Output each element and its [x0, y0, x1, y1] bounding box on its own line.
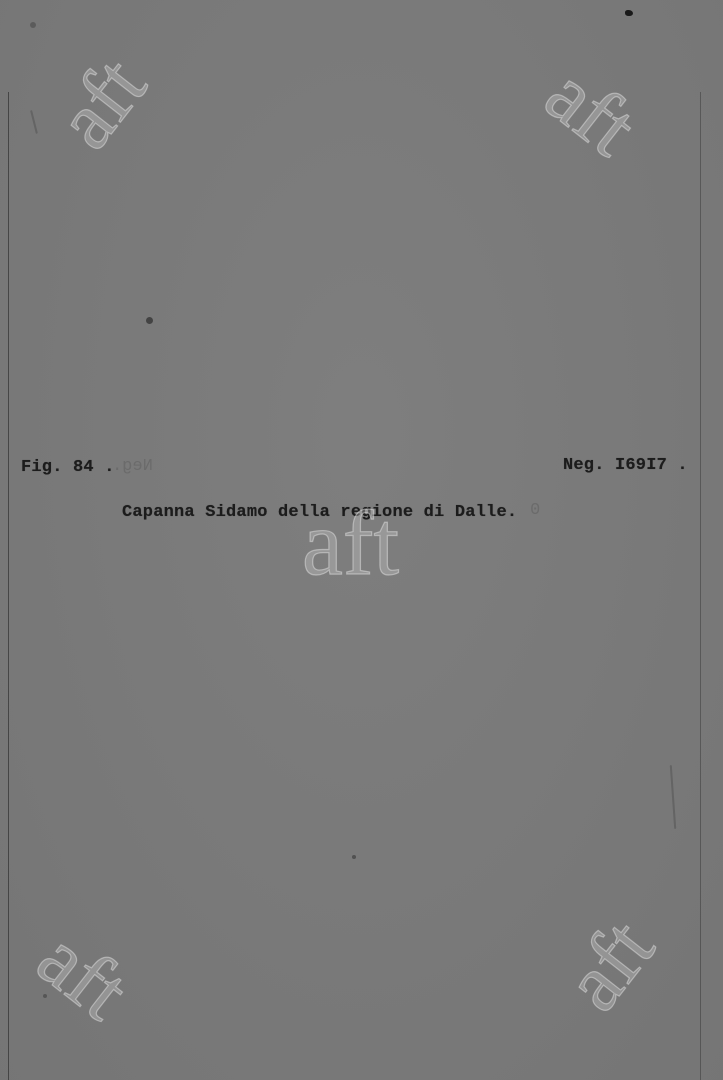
- dust-speck: [352, 855, 356, 859]
- right-edge-line: [700, 92, 701, 1080]
- scratch-mark: [30, 110, 38, 134]
- dust-speck: [625, 10, 633, 16]
- watermark-top-right: aft: [532, 52, 651, 170]
- scanned-card: Neg. 0 Fig. 84 . Neg. I69I7 . Capanna Si…: [0, 0, 723, 1080]
- watermark-bottom-left: aft: [24, 916, 143, 1034]
- watermark-bottom-right: aft: [550, 906, 668, 1025]
- scratch-mark: [670, 765, 676, 829]
- bleed-through-text: 0: [530, 501, 540, 520]
- watermark-top-left: aft: [42, 44, 160, 163]
- bleed-through-text: Neg.: [112, 457, 153, 476]
- dust-speck: [43, 994, 47, 998]
- left-edge-line: [8, 92, 9, 1080]
- figure-number: Fig. 84 .: [21, 458, 115, 477]
- photo-caption: Capanna Sidamo della regione di Dalle.: [122, 503, 517, 522]
- negative-number: Neg. I69I7 .: [563, 456, 688, 475]
- dust-speck: [146, 317, 153, 324]
- dust-speck: [30, 22, 36, 28]
